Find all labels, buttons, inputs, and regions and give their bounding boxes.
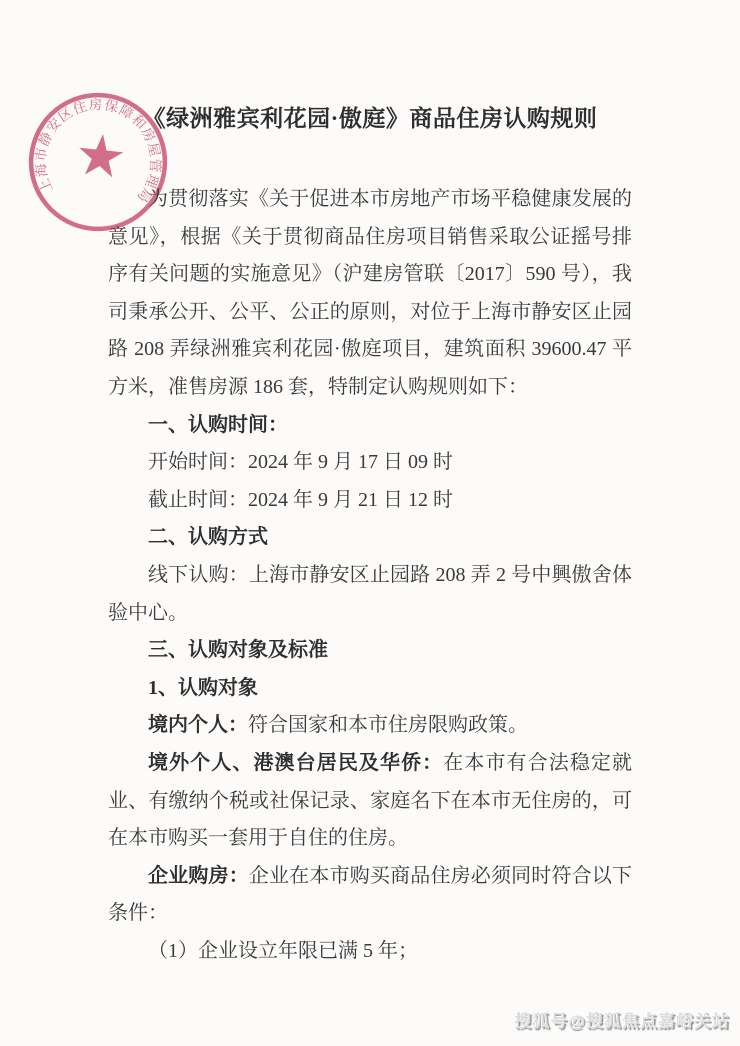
star-icon — [77, 132, 125, 179]
section2-heading: 二、认购方式 — [108, 519, 632, 557]
enterprise-paragraph: 企业购房：企业在本市购买商品住房必须同时符合以下条件： — [108, 858, 632, 933]
condition1-line: （1）企业设立年限已满 5 年； — [108, 933, 632, 971]
watermark: 搜狐号@搜狐焦点嘉峪关站 — [514, 1007, 730, 1032]
domestic-individual-text: 符合国家和本市住房限购政策。 — [248, 714, 528, 736]
start-time-line: 开始时间：2024 年 9 月 17 日 09 时 — [108, 444, 632, 482]
document-body: 为贯彻落实《关于促进本市房地产市场平稳健康发展的意见》，根据《关于贯彻商品住房项… — [108, 181, 632, 970]
section1-heading: 一、认购时间： — [108, 407, 632, 445]
enterprise-label: 企业购房： — [148, 865, 249, 887]
section3-heading: 三、认购对象及标准 — [108, 632, 632, 670]
section3-sub-heading: 1、认购对象 — [108, 670, 632, 708]
domestic-individual-label: 境内个人： — [148, 714, 248, 736]
document-page: 《绿洲雅宾利花园·傲庭》商品住房认购规则 上海市静安区住房保障和房屋管理局 为贯… — [0, 0, 740, 1046]
overseas-individual-label: 境外个人、港澳台居民及华侨： — [148, 752, 443, 774]
domestic-individual-paragraph: 境内个人：符合国家和本市住房限购政策。 — [108, 707, 632, 745]
overseas-individual-paragraph: 境外个人、港澳台居民及华侨：在本市有合法稳定就业、有缴纳个税或社保记录、家庭名下… — [108, 745, 632, 858]
offline-purchase-line: 线下认购：上海市静安区止园路 208 弄 2 号中興傲舍体验中心。 — [108, 557, 632, 632]
intro-paragraph: 为贯彻落实《关于促进本市房地产市场平稳健康发展的意见》，根据《关于贯彻商品住房项… — [108, 181, 632, 407]
document-title: 《绿洲雅宾利花园·傲庭》商品住房认购规则 — [0, 100, 740, 133]
end-time-line: 截止时间：2024 年 9 月 21 日 12 时 — [108, 482, 632, 520]
